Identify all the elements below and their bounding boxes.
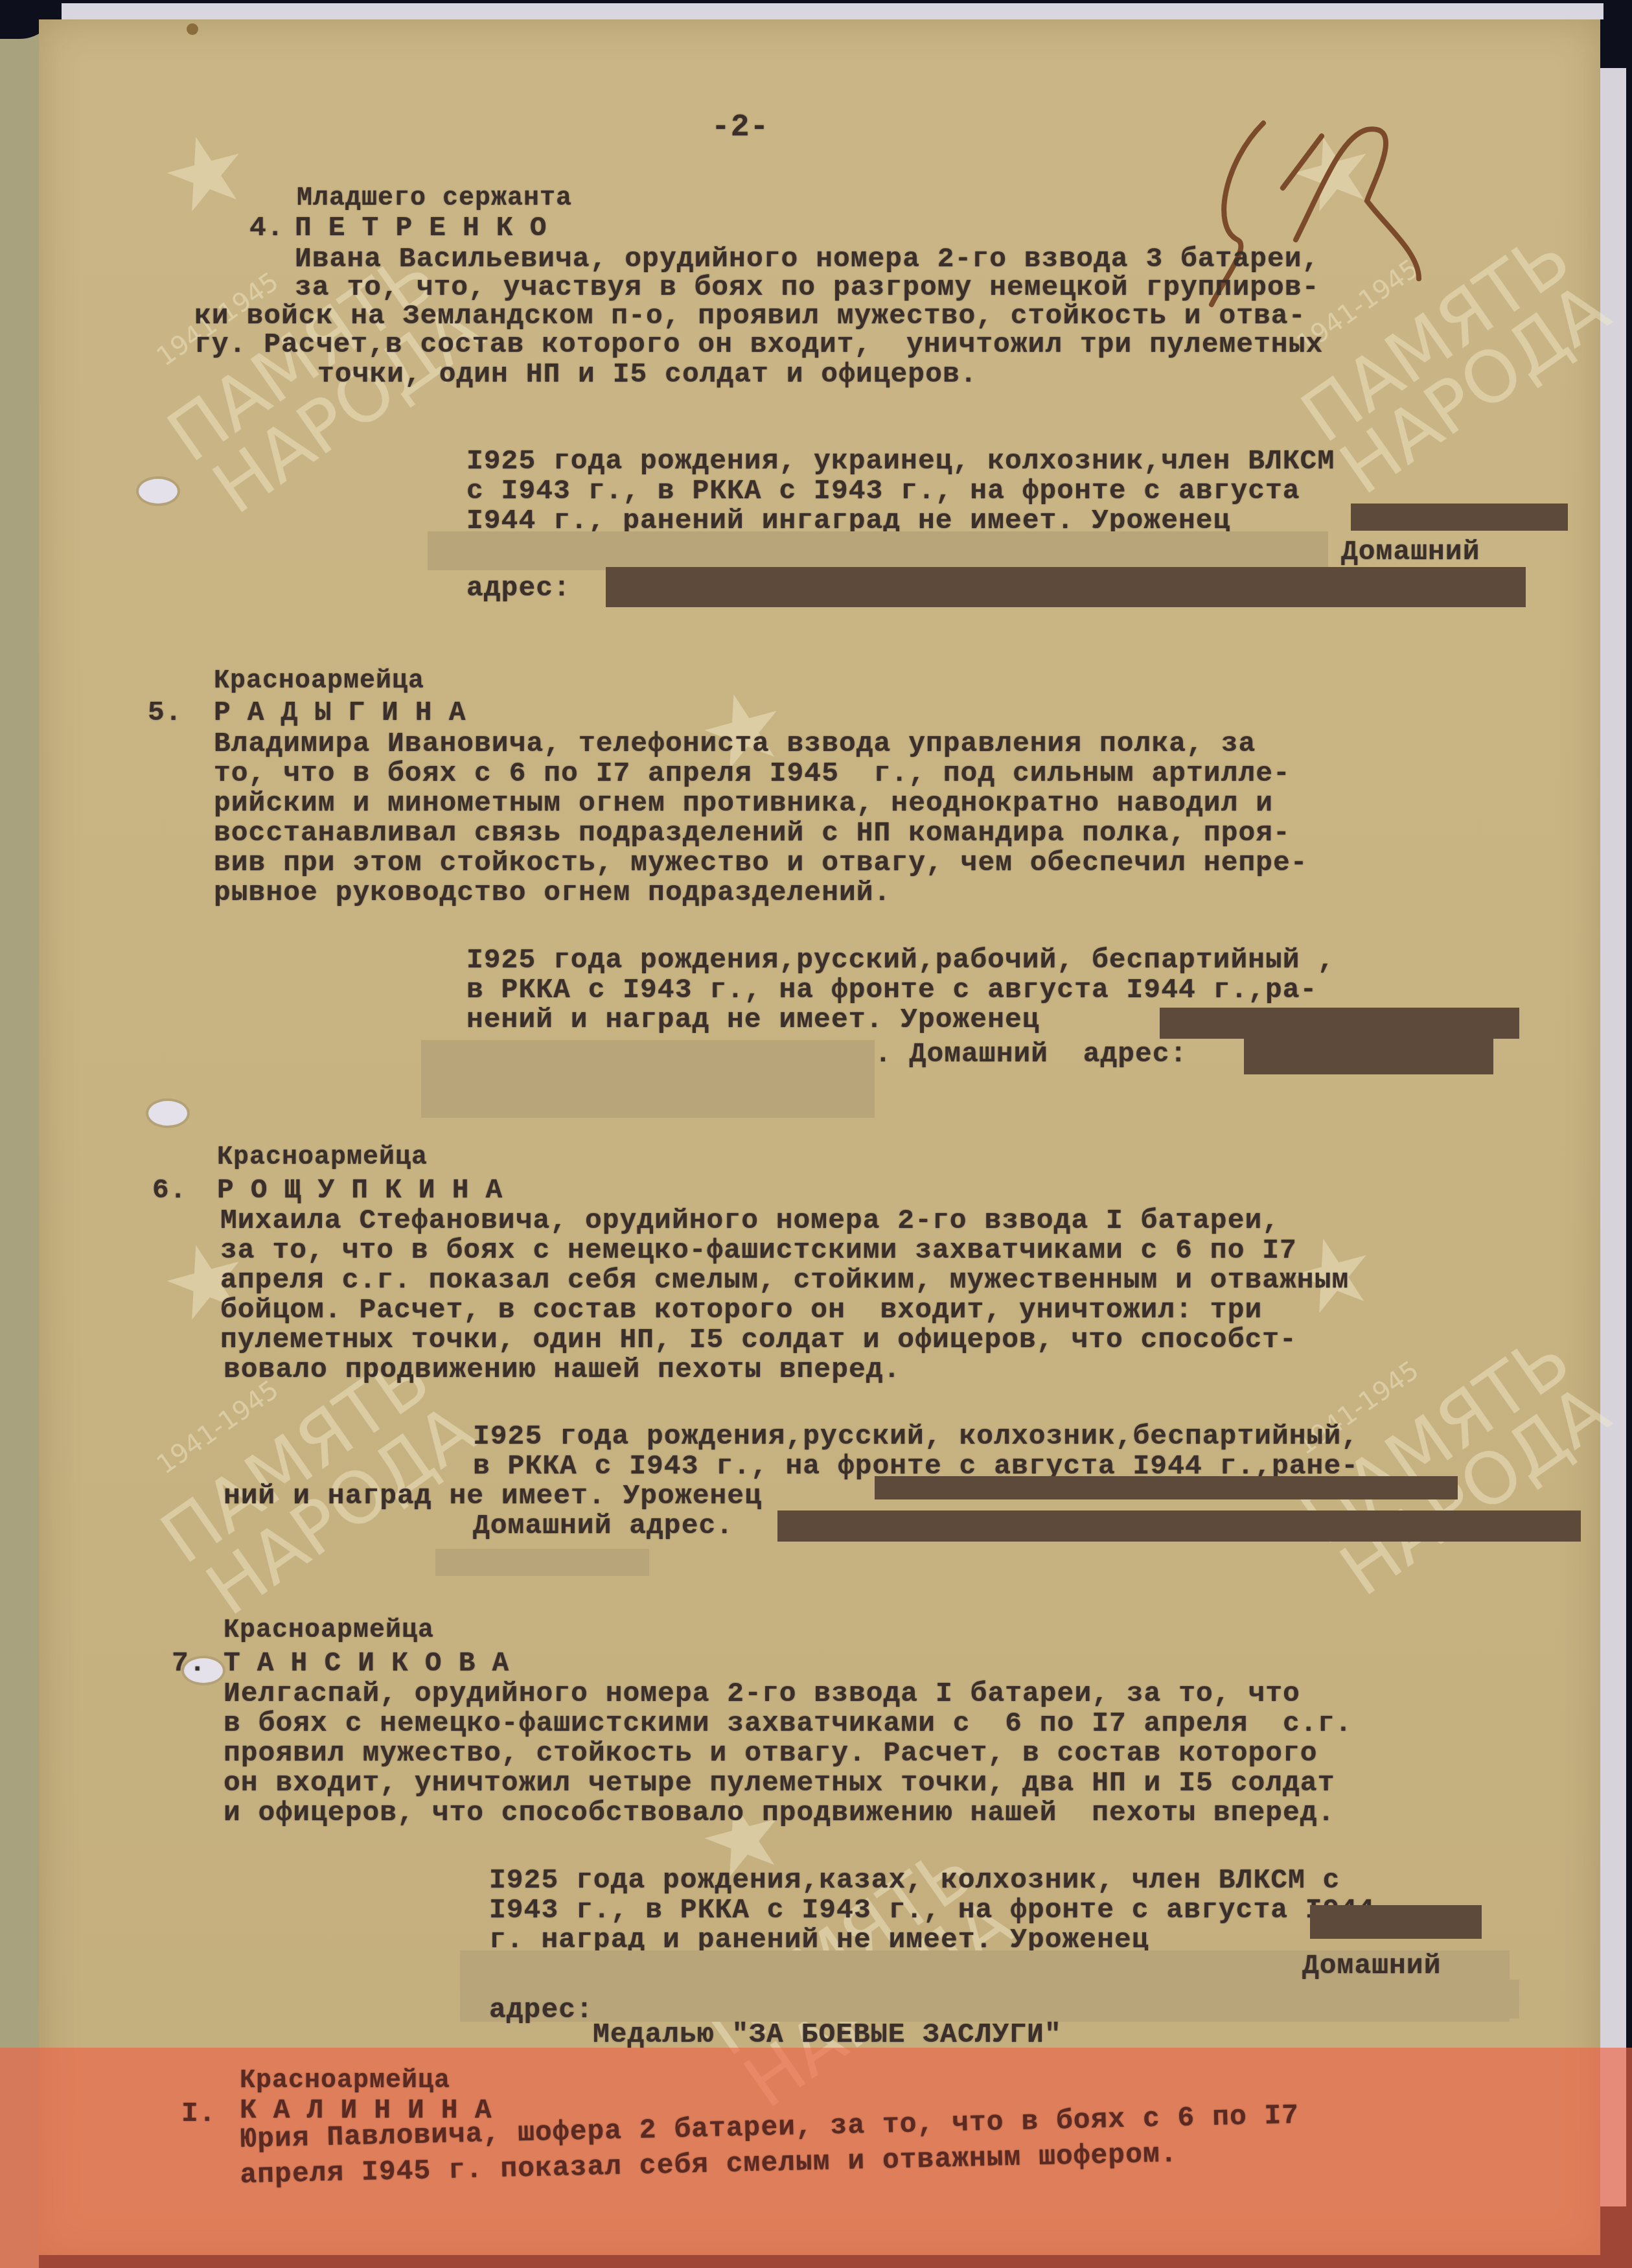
entry-6-bio-line-4: Домашний адрес. [473,1512,733,1540]
redacted-birthplace [875,1476,1458,1499]
punch-hole [136,476,180,506]
entry-5-citation-line-5: вив при этом стойкость, мужество и отваг… [214,849,1308,877]
entry-7-citation-line-2: в боях с немецко-фашистскими захватчикам… [224,1709,1352,1738]
entry-4-bio-line-5: адрес: [466,574,571,603]
entry-5-citation-line-4: восстанавливал связь подразделений с НП … [214,819,1291,848]
entry-7-citation-line-3: проявил мужество, стойкость и отвагу. Ра… [224,1739,1318,1768]
entry-7-bio-line-2: I943 г., в РККА с I943 г., на фронте с а… [489,1896,1375,1925]
redacted-region [435,1549,649,1576]
entry-4-citation-line-2: за то, что, участвуя в боях по разгрому … [295,273,1319,302]
entry-5-number: 5. [148,699,183,727]
redacted-address [777,1510,1581,1542]
entry-4-citation-line-5: точки, один НП и I5 солдат и офицеров. [317,360,978,389]
entry-5-rank: Красноармейца [214,667,424,696]
scan-top-edge [62,3,1603,19]
entry-4-citation-line-1: Ивана Васильевича, орудийного номера 2-г… [295,245,1319,273]
entry-6-bio-line-1: I925 года рождения,русский, колхозник,бе… [473,1422,1359,1451]
entry-6-surname: РОЩУПКИНА [217,1176,519,1205]
entry-4-bio-line-2: с I943 г., в РККА с I943 г., на фронте с… [466,477,1300,505]
redacted-address [612,1980,1519,2019]
entry-7-rank: Красноармейца [224,1617,434,1645]
punch-hole [146,1098,190,1128]
page-number: -2- [711,113,769,142]
entry-5-bio-line-4: . Домашний адрес: [875,1040,1187,1069]
entry-6-citation-line-3: апреля с.г. показал себя смелым, стойким… [220,1266,1349,1295]
entry-7-bio-line-1: I925 года рождения,казах, колхозник, чле… [489,1866,1340,1895]
entry-5-bio-line-2: в РККА с I943 г., на фронте с августа I9… [466,976,1317,1004]
entry-8-rank: Красноармейца [240,2067,450,2096]
entry-6-citation-line-5: пулеметных точки, один НП, I5 солдат и о… [220,1326,1297,1354]
entry-4-bio-line-1: I925 года рождения, украинец, колхозник,… [466,447,1335,476]
redacted-birthplace [1160,1008,1519,1039]
entry-7-bio-line-5: адрес: [489,1996,593,2024]
scan-right-edge [1600,68,1626,2206]
entry-7-citation-line-1: Иелгаспай, орудийного номера 2-го взвода… [224,1680,1300,1708]
staple-mark [187,23,198,35]
entry-7-number: 7. [172,1649,207,1678]
entry-4-rank: Младшего сержанта [297,185,572,213]
entry-7-citation-line-4: он входит, уничтожил четыре пулеметных т… [224,1769,1335,1798]
entry-4-surname: ПЕТРЕНКО [295,214,563,242]
entry-8-number: I. [181,2100,216,2128]
award-title: Медалью "ЗА БОЕВЫЕ ЗАСЛУГИ" [593,2020,1062,2049]
entry-7-surname: ТАНСИКОВА [224,1649,525,1678]
entry-6-citation-line-4: бойцом. Расчет, в состав которого он вхо… [220,1296,1262,1325]
redacted-birthplace [1351,503,1568,531]
entry-5-citation-line-1: Владимира Ивановича, телефониста взвода … [214,730,1256,758]
redacted-address [606,567,1526,607]
entry-4-bio-line-4: Домашний [1341,538,1480,566]
entry-4-citation-line-3: ки войск на Земландском п-о, проявил муж… [194,302,1305,330]
entry-6-number: 6. [152,1176,187,1205]
entry-5-surname: РАДЫГИНА [214,699,482,727]
entry-6-citation-line-6: вовало продвижению нашей пехоты вперед. [224,1356,901,1384]
redacted-region [428,531,1328,570]
entry-4-number: 4. [249,214,284,242]
entry-5-citation-line-2: то, что в боях с 6 по I7 апреля I945 г.,… [214,759,1291,788]
scan-left-edge [0,32,39,2268]
entry-5-bio-line-3: нений и наград не имеет. Уроженец [466,1006,1040,1034]
entry-5-bio-line-1: I925 года рождения,русский,рабочий, бесп… [466,946,1335,975]
entry-7-bio-line-4: Домашний [1302,1952,1441,1980]
redacted-address [1244,1037,1493,1074]
entry-6-bio-line-3: ний и наград не имеет. Уроженец [224,1482,762,1510]
entry-5-citation-line-6: рывное руководство огнем подразделений. [214,879,891,907]
entry-6-citation-line-1: Михаила Стефановича, орудийного номера 2… [220,1207,1280,1235]
entry-4-citation-line-4: гу. Расчет,в состав которого он входит, … [194,330,1323,359]
entry-7-citation-line-5: и офицеров, что способствовало продвижен… [224,1799,1335,1827]
redacted-region [421,1040,875,1118]
redacted-birthplace [1310,1905,1482,1939]
entry-6-citation-line-2: за то, что в боях с немецко-фашистскими … [220,1236,1297,1265]
entry-6-rank: Красноармейца [217,1144,428,1172]
entry-5-citation-line-3: рийским и минометным огнем противника, н… [214,789,1273,818]
